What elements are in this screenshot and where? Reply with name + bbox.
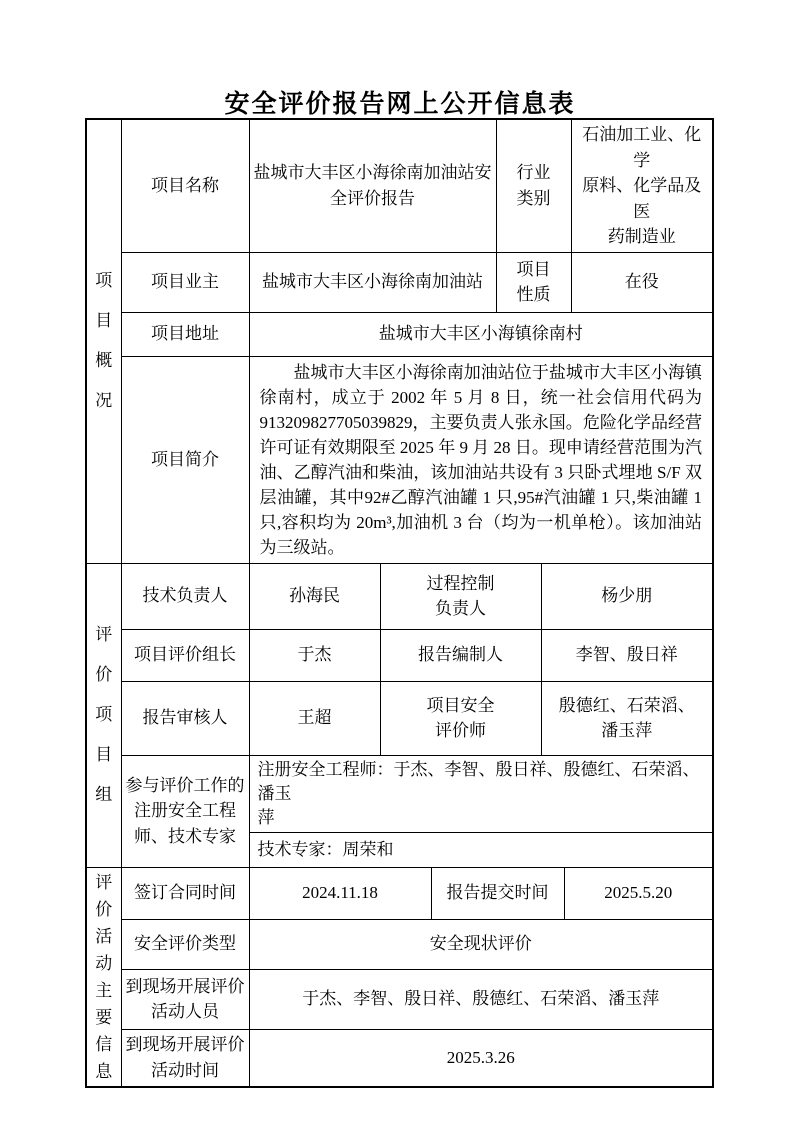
row-project-intro: 项目简介 盐城市大丰区小海徐南加油站位于盐城市大丰区小海镇徐南村，成立于 200…	[86, 356, 713, 563]
experts-value: 技术专家：周荣和	[249, 832, 713, 867]
row-site-staff: 到现场开展评价 活动人员 于杰、李智、殷日祥、殷德红、石荣滔、潘玉萍	[86, 969, 713, 1029]
section-overview-label-cell: 项目概况	[86, 119, 121, 563]
row-site-date: 到现场开展评价 活动时间 2025.3.26	[86, 1029, 713, 1087]
registered-engineers-value: 注册安全工程师：于杰、李智、殷日祥、殷德红、石荣滔、潘玉 萍	[249, 755, 713, 832]
row-contract-date: 评价活动主要信息 签订合同时间 2024.11.18 报告提交时间 2025.5…	[86, 867, 713, 919]
group-leader-value: 于杰	[249, 629, 380, 681]
assessor-label: 项目安全 评价师	[380, 681, 541, 755]
participants-label: 参与评价工作的 注册安全工程 师、技术专家	[121, 755, 249, 867]
owner-label: 项目业主	[121, 252, 249, 312]
tech-lead-value: 孙海民	[249, 563, 380, 629]
intro-value: 盐城市大丰区小海徐南加油站位于盐城市大丰区小海镇徐南村，成立于 2002 年 5…	[249, 356, 713, 563]
project-name-label: 项目名称	[121, 119, 249, 252]
reviewer-label: 报告审核人	[121, 681, 249, 755]
row-registered-engineers: 参与评价工作的 注册安全工程 师、技术专家 注册安全工程师：于杰、李智、殷日祥、…	[86, 755, 713, 832]
industry-value: 石油加工业、化学 原料、化学品及医 药制造业	[571, 119, 713, 252]
report-writer-label: 报告编制人	[380, 629, 541, 681]
site-staff-value: 于杰、李智、殷日祥、殷德红、石荣滔、潘玉萍	[249, 969, 713, 1029]
contract-date-label: 签订合同时间	[121, 867, 249, 919]
row-project-name: 项目概况 项目名称 盐城市大丰区小海徐南加油站安 全评价报告 行业 类别 石油加…	[86, 119, 713, 252]
site-staff-label: 到现场开展评价 活动人员	[121, 969, 249, 1029]
page-title: 安全评价报告网上公开信息表	[0, 84, 800, 120]
evaluation-type-value: 安全现状评价	[249, 919, 713, 969]
address-label: 项目地址	[121, 312, 249, 356]
evaluation-type-label: 安全评价类型	[121, 919, 249, 969]
nature-value: 在役	[571, 252, 713, 312]
section-team-label: 评价项目组	[94, 615, 113, 815]
row-project-owner: 项目业主 盐城市大丰区小海徐南加油站 项目 性质 在役	[86, 252, 713, 312]
section-activity-label: 评价活动主要信息	[94, 869, 113, 1085]
contract-date-value: 2024.11.18	[249, 867, 431, 919]
site-date-label: 到现场开展评价 活动时间	[121, 1029, 249, 1087]
project-name-value: 盐城市大丰区小海徐南加油站安 全评价报告	[249, 119, 496, 252]
submit-date-value: 2025.5.20	[564, 867, 713, 919]
section-activity-label-cell: 评价活动主要信息	[86, 867, 121, 1087]
row-group-leader: 项目评价组长 于杰 报告编制人 李智、殷日祥	[86, 629, 713, 681]
site-date-value: 2025.3.26	[249, 1029, 713, 1087]
tech-lead-label: 技术负责人	[121, 563, 249, 629]
assessor-value: 殷德红、石荣滔、 潘玉萍	[541, 681, 713, 755]
row-tech-lead: 评价项目组 技术负责人 孙海民 过程控制 负责人 杨少朋	[86, 563, 713, 629]
intro-label: 项目简介	[121, 356, 249, 563]
submit-date-label: 报告提交时间	[431, 867, 564, 919]
row-reviewer: 报告审核人 王超 项目安全 评价师 殷德红、石荣滔、 潘玉萍	[86, 681, 713, 755]
process-control-label: 过程控制 负责人	[380, 563, 541, 629]
row-project-address: 项目地址 盐城市大丰区小海镇徐南村	[86, 312, 713, 356]
info-table: 项目概况 项目名称 盐城市大丰区小海徐南加油站安 全评价报告 行业 类别 石油加…	[85, 118, 714, 1088]
document-page: 安全评价报告网上公开信息表 项目概况 项目名称 盐城市大丰区小海徐南加油站安 全…	[0, 0, 800, 1131]
report-writer-value: 李智、殷日祥	[541, 629, 713, 681]
section-overview-label: 项目概况	[94, 261, 113, 421]
process-control-value: 杨少朋	[541, 563, 713, 629]
section-team-label-cell: 评价项目组	[86, 563, 121, 867]
owner-value: 盐城市大丰区小海徐南加油站	[249, 252, 496, 312]
reviewer-value: 王超	[249, 681, 380, 755]
address-value: 盐城市大丰区小海镇徐南村	[249, 312, 713, 356]
group-leader-label: 项目评价组长	[121, 629, 249, 681]
row-evaluation-type: 安全评价类型 安全现状评价	[86, 919, 713, 969]
nature-label: 项目 性质	[496, 252, 571, 312]
industry-label: 行业 类别	[496, 119, 571, 252]
